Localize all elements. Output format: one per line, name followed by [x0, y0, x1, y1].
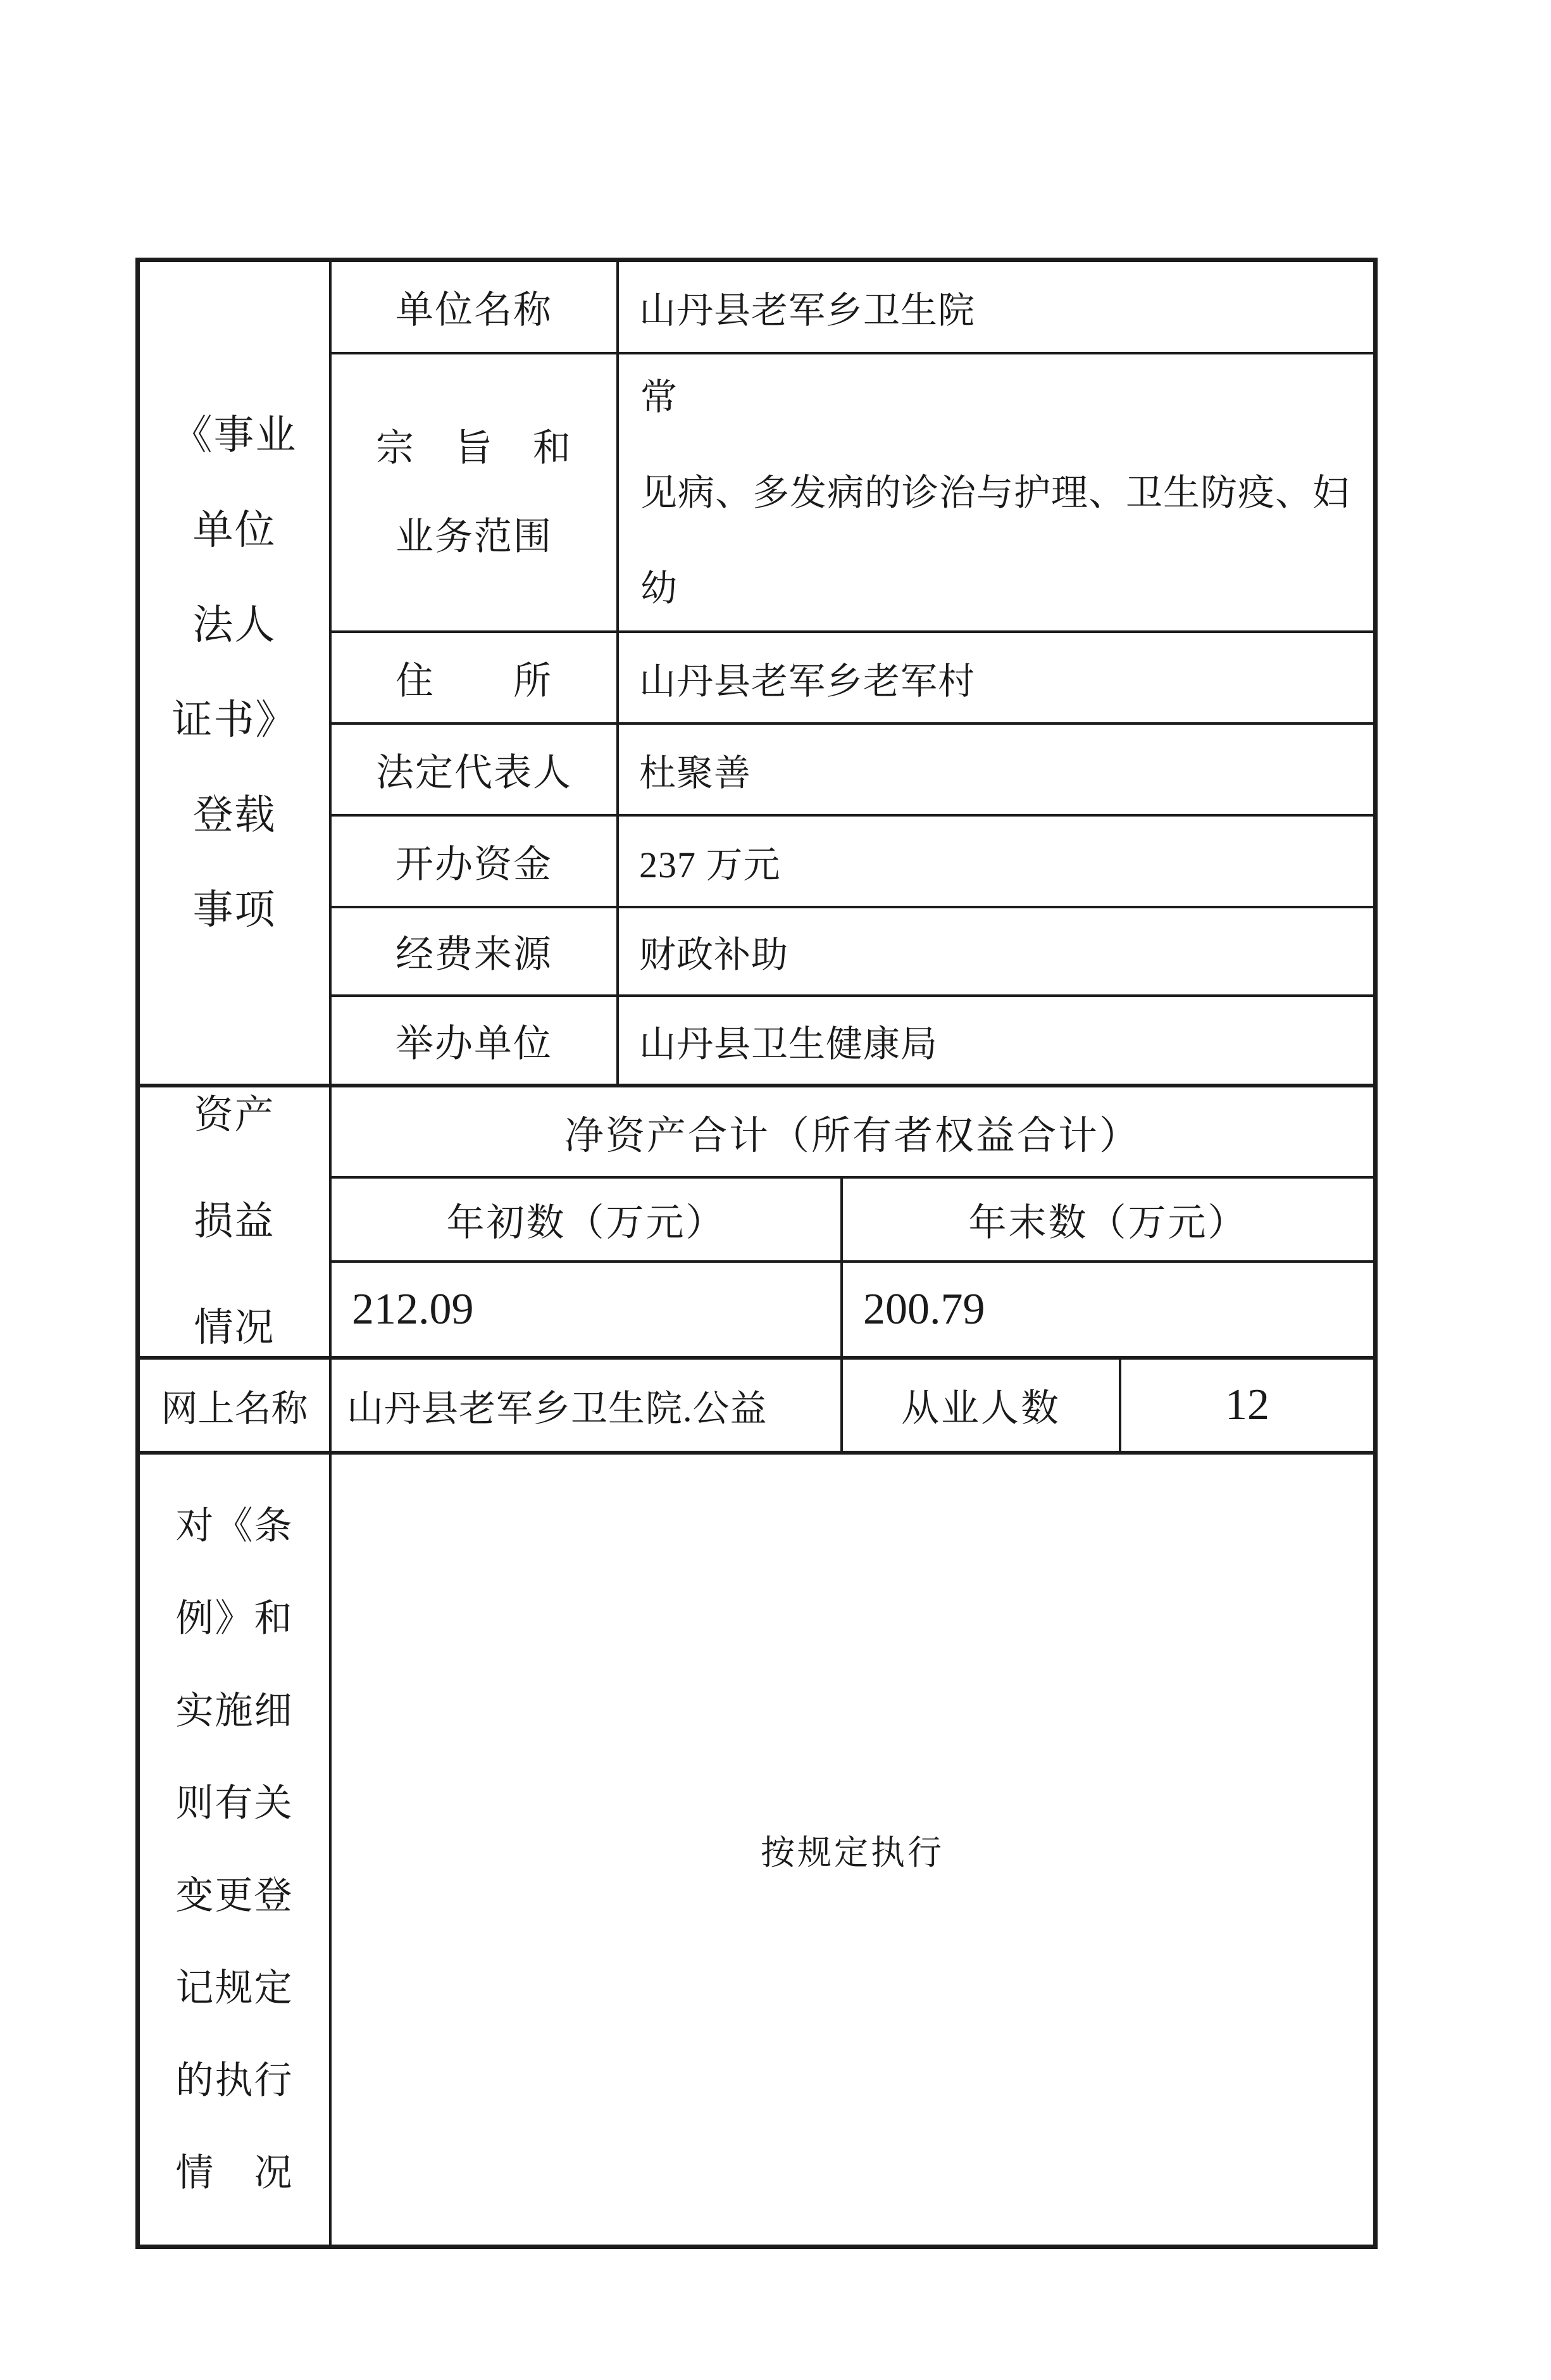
compliance-section-label: 对《条 例》和 实施细 则有关 变更登 记规定 的执行 情 况 [140, 1455, 332, 2245]
staff-count-label: 从业人数 [843, 1360, 1121, 1455]
staff-count-value: 12 [1121, 1360, 1373, 1455]
registration-table: 《事业 单位 法人 证书》 登载 事项 单位名称 山丹县老军乡卫生院 宗 旨 和… [135, 258, 1378, 2249]
opening-funds-label: 开办资金 [332, 817, 619, 908]
address-label: 住 所 [332, 633, 619, 725]
legal-representative-value: 杜聚善 [619, 725, 1373, 817]
opening-funds-value: 237 万元 [619, 817, 1373, 908]
year-start-header: 年初数（万元） [332, 1179, 843, 1263]
year-end-header: 年末数（万元） [843, 1179, 1373, 1263]
sponsor-unit-value: 山丹县卫生健康局 [619, 997, 1373, 1087]
scanned-registration-form: 《事业 单位 法人 证书》 登载 事项 单位名称 山丹县老军乡卫生院 宗 旨 和… [0, 0, 1551, 2380]
address-value: 山丹县老军乡老军村 [619, 633, 1373, 725]
unit-name-value: 山丹县老军乡卫生院 [619, 262, 1373, 354]
online-name-label: 网上名称 [140, 1360, 332, 1455]
purpose-scope-label-line: 宗 旨 和 [376, 404, 572, 492]
certificate-label-line: 法人 [193, 578, 277, 673]
online-name-value: 山丹县老军乡卫生院.公益 [332, 1360, 843, 1455]
certificate-label-line: 单位 [193, 483, 277, 578]
purpose-scope-value: 为人民身体健康提供医疗与预防保健服务。常 见病、多发病的诊治与护理、卫生防疫、妇… [619, 354, 1373, 633]
compliance-label-line: 则有关 [176, 1757, 294, 1850]
net-assets-header: 净资产合计（所有者权益合计） [332, 1087, 1373, 1179]
unit-name-label: 单位名称 [332, 262, 619, 354]
assets-label-line: 资产 [194, 1087, 275, 1168]
compliance-label-line: 变更登 [176, 1850, 294, 1942]
compliance-label-line: 实施细 [176, 1665, 294, 1757]
year-end-value: 200.79 [843, 1263, 1373, 1360]
compliance-label-line: 例》和 [176, 1572, 294, 1665]
certificate-label-line: 事项 [193, 863, 277, 958]
purpose-scope-value-line: 为人民身体健康提供医疗与预防保健服务。常 [640, 354, 1354, 445]
certificate-label-line: 《事业 [172, 388, 297, 483]
compliance-label-line: 对《条 [176, 1480, 294, 1572]
compliance-label-line: 情 况 [176, 2127, 294, 2219]
compliance-label-line: 记规定 [176, 1942, 294, 2034]
assets-label-line: 情况 [194, 1275, 275, 1360]
sponsor-unit-label: 举办单位 [332, 997, 619, 1087]
compliance-value: 按规定执行 [332, 1455, 1373, 2245]
compliance-label-line: 的执行 [176, 2034, 294, 2127]
funding-source-value: 财政补助 [619, 908, 1373, 997]
assets-section-label: 资产 损益 情况 [140, 1087, 332, 1360]
certificate-label-line: 证书》 [172, 673, 297, 768]
certificate-label-line: 登载 [193, 768, 277, 863]
purpose-scope-label: 宗 旨 和 业务范围 [332, 354, 619, 633]
purpose-scope-label-line: 业务范围 [396, 492, 552, 581]
funding-source-label: 经费来源 [332, 908, 619, 997]
certificate-section-label: 《事业 单位 法人 证书》 登载 事项 [140, 262, 332, 1087]
purpose-scope-value-line: 见病、多发病的诊治与护理、卫生防疫、妇幼 [640, 445, 1354, 634]
assets-label-line: 损益 [194, 1168, 275, 1275]
year-start-value: 212.09 [332, 1263, 843, 1360]
legal-representative-label: 法定代表人 [332, 725, 619, 817]
